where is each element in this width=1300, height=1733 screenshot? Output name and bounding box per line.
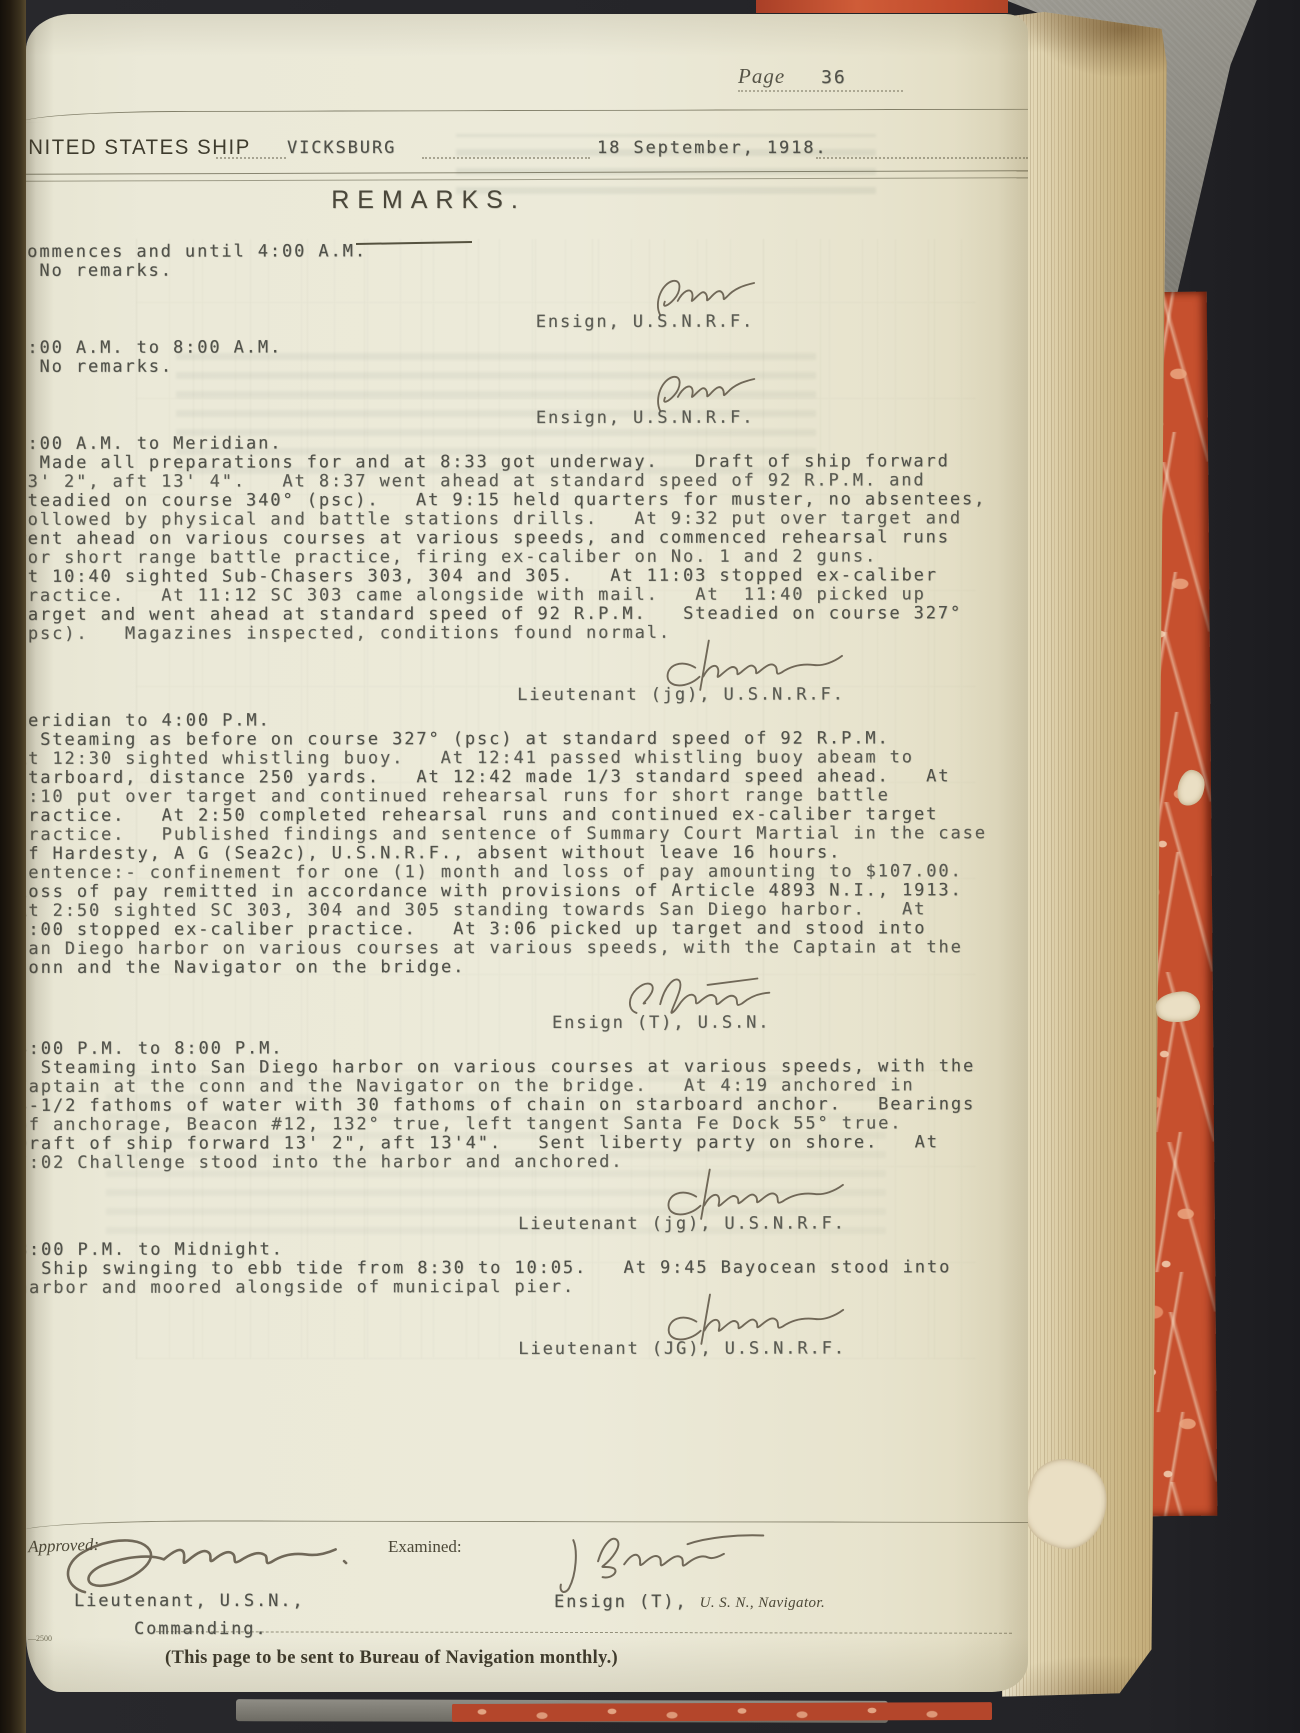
signature-block: Ensign, U.S.N.R.F. <box>26 281 1028 333</box>
log-line: San Diego harbor on various courses at v… <box>26 938 1028 959</box>
log-line: At 12:30 sighted whistling buoy. At 12:4… <box>26 748 1028 769</box>
log-entry-body: Steaming as before on course 327° (psc) … <box>26 729 1028 978</box>
logbook-photo: Page36 UNITED STATES SHIP VICKSBURG 18 S… <box>0 0 1300 1733</box>
signature-block: Ensign (T), U.S.N. <box>26 978 1028 1034</box>
remarks-heading: REMARKS. <box>276 186 581 215</box>
log-entry: Meridian to 4:00 P.M. Steaming as before… <box>26 710 1028 1034</box>
log-line: No remarks. <box>26 356 1028 377</box>
signature-rank: Ensign, U.S.N.R.F. <box>536 409 754 428</box>
signature-block: Ensign, U.S.N.R.F. <box>26 377 1028 429</box>
cover-top-sliver <box>756 0 1008 13</box>
signature-rank: Ensign (T), U.S.N. <box>552 1014 770 1033</box>
dotted-leader <box>816 157 1028 159</box>
log-entries: Commences and until 4:00 A.M. No remarks… <box>26 241 1028 1366</box>
commanding-officer-signature-icon <box>53 1514 356 1610</box>
log-line: Captain at the conn and the Navigator on… <box>26 1076 1028 1097</box>
log-line: practice. At 11:12 SC 303 came alongside… <box>26 585 1028 606</box>
page-number: 36 <box>821 67 846 88</box>
log-page: Page36 UNITED STATES SHIP VICKSBURG 18 S… <box>26 14 1028 1692</box>
log-line: 7:02 Challenge stood into the harbor and… <box>26 1152 1028 1173</box>
signature-rank: Ensign, U.S.N.R.F. <box>536 313 754 332</box>
log-entry: 4:00 A.M. to 8:00 A.M. No remarks. Ensig… <box>26 337 1028 429</box>
log-entry-body: No remarks. <box>26 356 1028 377</box>
log-line: practice. Published findings and sentenc… <box>26 824 1028 845</box>
navigator-printed-rank: U. S. N., Navigator. <box>700 1595 826 1611</box>
log-date: 18 September, 1918. <box>597 138 828 158</box>
form-number: —2500 <box>28 1634 52 1643</box>
dotted-leader <box>738 90 903 92</box>
examined-label: Examined: <box>388 1537 462 1557</box>
signature-rank: Lieutenant (jg), U.S.N.R.F. <box>517 685 845 705</box>
ship-and-date-line: UNITED STATES SHIP VICKSBURG 18 Septembe… <box>26 136 1028 162</box>
dotted-leader <box>422 157 590 159</box>
signature-block: Lieutenant (JG), U.S.N.R.F. <box>26 1298 1028 1360</box>
log-entry-body: No remarks. <box>26 260 1028 281</box>
log-entry: Commences and until 4:00 A.M. No remarks… <box>26 241 1028 333</box>
dashed-rule <box>156 1631 1012 1633</box>
signature-block: Lieutenant (jg), U.S.N.R.F. <box>26 1173 1028 1235</box>
navigator-signature-icon <box>537 1514 790 1603</box>
log-entry: 8:00 P.M. to Midnight. Ship swinging to … <box>26 1239 1028 1360</box>
log-line: Sentence:- confinement for one (1) month… <box>26 862 1028 883</box>
log-line: Draft of ship forward 13' 2", aft 13'4".… <box>26 1133 1028 1154</box>
log-line: 1:10 put over target and continued rehea… <box>26 786 1028 807</box>
log-line: for short range battle practice, firing … <box>26 547 1028 568</box>
bureau-note: (This page to be sent to Bureau of Navig… <box>154 1648 629 1669</box>
log-line: of anchorage, Beacon #12, 132° true, lef… <box>26 1114 1028 1135</box>
log-entry-header: Commences and until 4:00 A.M. <box>26 241 1028 262</box>
log-line: (psc). Magazines inspected, conditions f… <box>26 623 1028 644</box>
log-entry: 4:00 P.M. to 8:00 P.M. Steaming into San… <box>26 1038 1028 1235</box>
ship-name: VICKSBURG <box>287 138 396 158</box>
page-number-label: Page36 <box>738 64 847 89</box>
log-line: conn and the Navigator on the bridge. <box>26 957 1028 978</box>
log-entry: 8:00 A.M. to Meridian. Made all preparat… <box>26 433 1028 706</box>
log-entry-header: 4:00 A.M. to 8:00 A.M. <box>26 337 1028 358</box>
log-line: went ahead on various courses at various… <box>26 528 1028 549</box>
log-entry-body: Ship swinging to ebb tide from 8:30 to 1… <box>26 1258 1028 1298</box>
log-line: target and went ahead at standard speed … <box>26 604 1028 625</box>
dotted-leader <box>216 157 286 159</box>
bottom-red-fragment <box>452 1702 992 1722</box>
log-line: At 2:50 sighted SC 303, 304 and 305 stan… <box>26 900 1028 921</box>
log-entry-body: Steaming into San Diego harbor on variou… <box>26 1057 1028 1173</box>
log-entry-body: Made all preparations for and at 8:33 go… <box>26 452 1028 644</box>
log-line: followed by physical and battle stations… <box>26 509 1028 530</box>
log-line: 13' 2", aft 13' 4". At 8:37 went ahead a… <box>26 471 1028 492</box>
book-binding-edge <box>0 0 26 1733</box>
log-line: No remarks. <box>26 260 1028 281</box>
page-word: Page <box>738 64 785 88</box>
double-rule <box>26 170 1028 182</box>
commanding-label: Commanding. <box>134 1620 267 1639</box>
signature-block: Lieutenant (jg), U.S.N.R.F. <box>26 644 1028 706</box>
signature-rank: Lieutenant (jg), U.S.N.R.F. <box>518 1214 846 1234</box>
horizontal-rule <box>26 109 1028 123</box>
signature-rank: Lieutenant (JG), U.S.N.R.F. <box>518 1339 846 1359</box>
log-line: Ship swinging to ebb tide from 8:30 to 1… <box>26 1258 1028 1279</box>
log-line: harbor and moored alongside of municipal… <box>26 1277 1028 1298</box>
